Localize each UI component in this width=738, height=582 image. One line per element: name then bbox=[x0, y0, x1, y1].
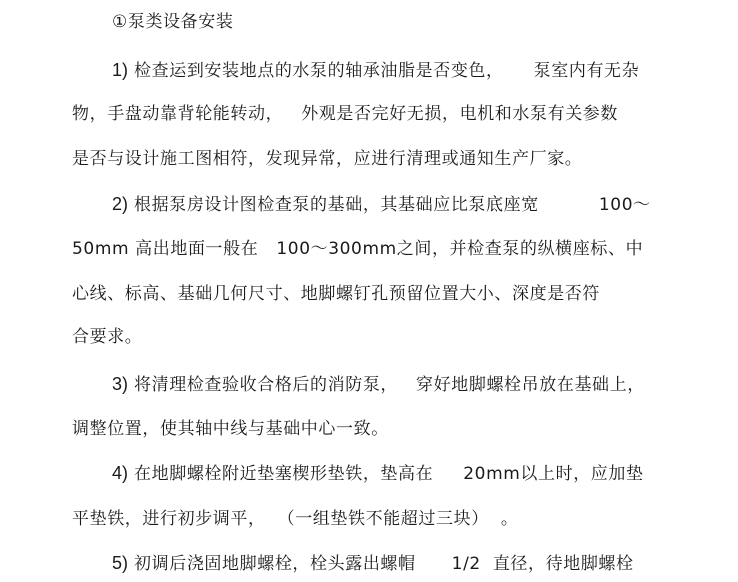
list-marker: 1) bbox=[112, 60, 128, 80]
paragraph-1-line-2: 物，手盘动靠背轮能转动， 外观是否完好无损，电机和水泵有关参数 bbox=[72, 103, 618, 125]
paragraph-3-line-1: 3) 将清理检查验收合格后的消防泵， 穿好地脚螺栓吊放在基础上， bbox=[112, 373, 645, 396]
list-marker: 3) bbox=[112, 374, 128, 394]
paragraph-2-line-1: 2) 根据泵房设计图检查泵的基础，其基础应比泵底座宽 100～ bbox=[112, 193, 651, 216]
section-heading: ①泵类设备安装 bbox=[112, 11, 233, 33]
line-text: 检查运到安装地点的水泵的轴承油脂是否变色， 泵室内有无杂 bbox=[134, 61, 639, 81]
line-text: 根据泵房设计图检查泵的基础，其基础应比泵底座宽 100～ bbox=[134, 195, 651, 215]
paragraph-5-line-1: 5) 初调后浇固地脚螺栓，栓头露出螺帽 1/2 直径，待地脚螺栓 bbox=[112, 552, 634, 575]
paragraph-3-line-2: 调整位置，使其轴中线与基础中心一致。 bbox=[72, 418, 389, 440]
line-text: 将清理检查验收合格后的消防泵， 穿好地脚螺栓吊放在基础上， bbox=[134, 375, 645, 395]
list-marker: 5) bbox=[112, 553, 128, 573]
paragraph-4-line-1: 4) 在地脚螺栓附近垫塞楔形垫铁，垫高在 20mm以上时，应加垫 bbox=[112, 462, 644, 485]
paragraph-4-line-2: 平垫铁，进行初步调平， （一组垫铁不能超过三块） 。 bbox=[72, 508, 518, 530]
list-marker: 2) bbox=[112, 194, 128, 214]
document-page: ①泵类设备安装 1) 检查运到安装地点的水泵的轴承油脂是否变色， 泵室内有无杂 … bbox=[0, 0, 738, 582]
paragraph-1-line-3: 是否与设计施工图相符，发现异常，应进行清理或通知生产厂家。 bbox=[72, 148, 582, 170]
paragraph-2-line-3: 心线、标高、基础几何尺寸、地脚螺钉孔预留位置大小、深度是否符 bbox=[72, 283, 600, 305]
paragraph-1-line-1: 1) 检查运到安装地点的水泵的轴承油脂是否变色， 泵室内有无杂 bbox=[112, 59, 639, 82]
line-text: 初调后浇固地脚螺栓，栓头露出螺帽 1/2 直径，待地脚螺栓 bbox=[134, 554, 634, 574]
list-marker: 4) bbox=[112, 463, 128, 483]
paragraph-2-line-4: 合要求。 bbox=[72, 326, 142, 348]
paragraph-2-line-2: 50mm 高出地面一般在 100～300mm之间，并检查泵的纵横座标、中 bbox=[72, 238, 643, 260]
line-text: 在地脚螺栓附近垫塞楔形垫铁，垫高在 20mm以上时，应加垫 bbox=[134, 464, 644, 484]
